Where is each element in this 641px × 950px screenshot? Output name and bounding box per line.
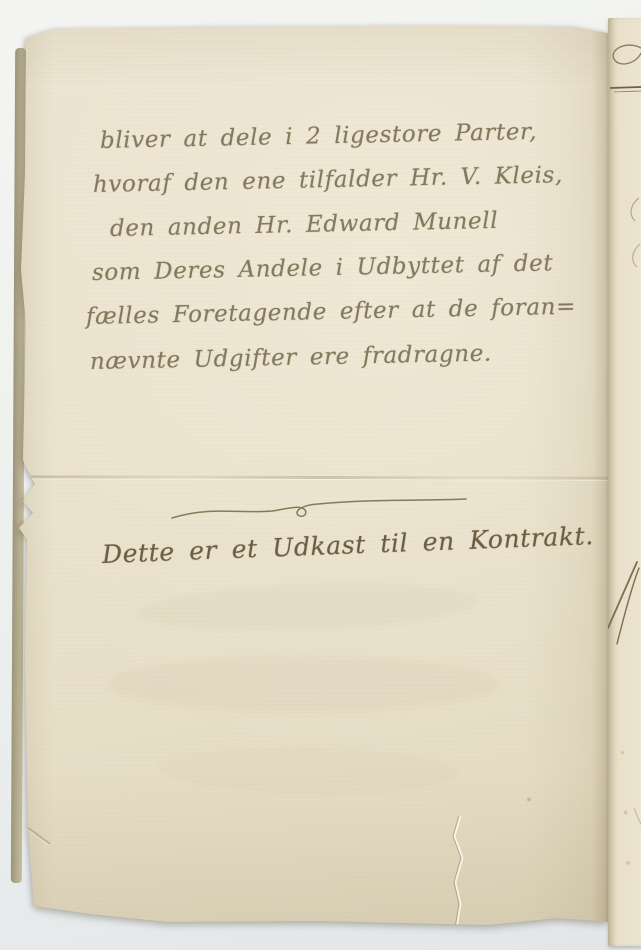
foxing-spot (526, 797, 532, 802)
manuscript-page: bliver at dele i 2 ligestore Parter, hvo… (18, 24, 608, 928)
foxing-spot (623, 810, 628, 815)
manuscript-page-wrapper: bliver at dele i 2 ligestore Parter, hvo… (0, 0, 641, 950)
foxing-spot (625, 860, 631, 866)
scanned-document-background: bliver at dele i 2 ligestore Parter, hvo… (0, 0, 641, 950)
ink-bleedthrough (108, 656, 498, 712)
adjacent-page-sliver (608, 18, 641, 946)
adjacent-page-ink-marks (608, 18, 641, 946)
foxing-spot (620, 750, 625, 755)
paper-tear (450, 816, 472, 930)
vertical-fold-shadow (592, 24, 608, 928)
pen-flourish-divider (160, 490, 480, 530)
